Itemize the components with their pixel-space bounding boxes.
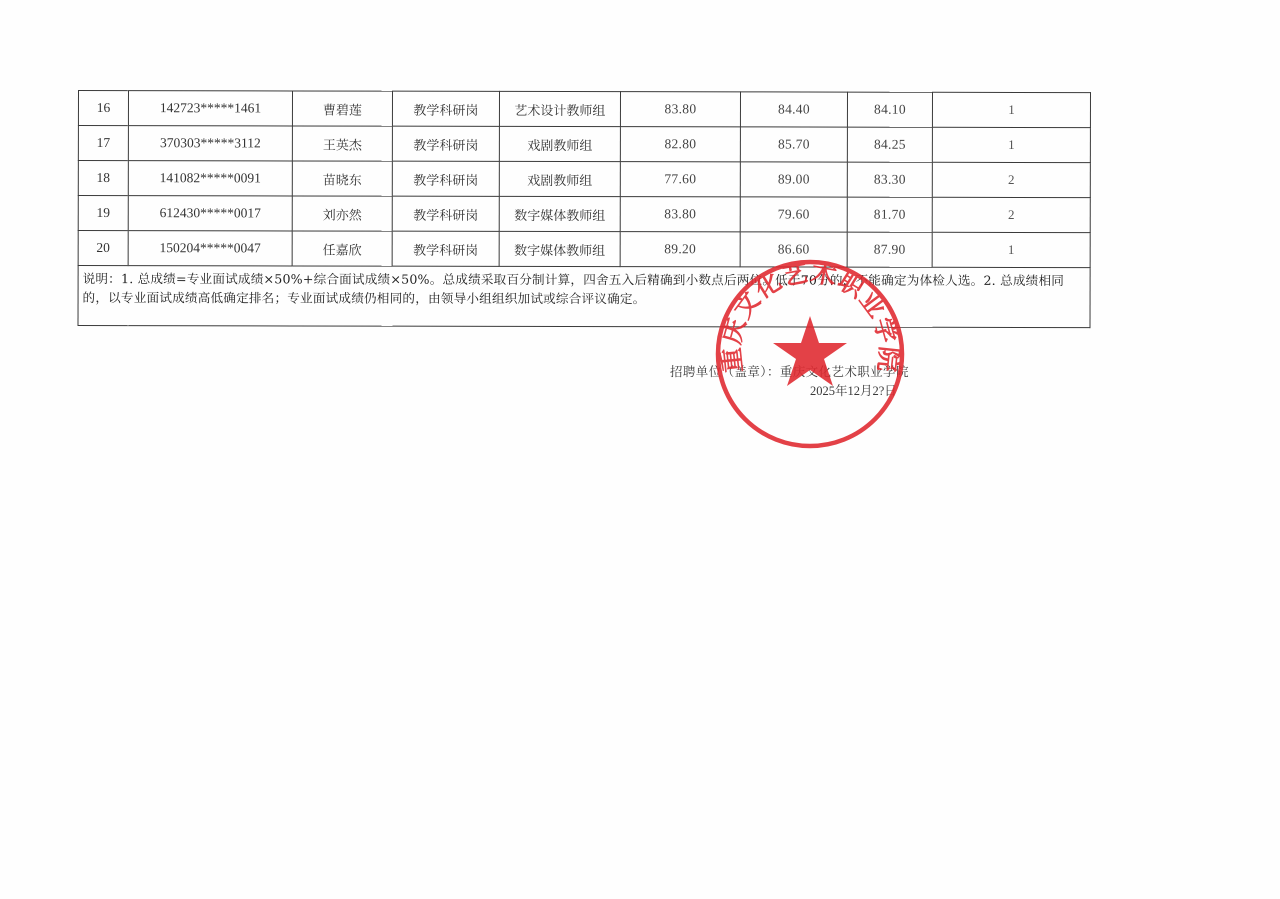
group-cell: 戏剧教师组 [499, 126, 620, 161]
group-cell: 戏剧教师组 [499, 161, 620, 196]
total-score-cell: 84.10 [847, 92, 932, 127]
professional-score-cell: 89.20 [620, 232, 740, 267]
id-number-cell: 150204*****0047 [128, 231, 292, 266]
position-cell: 教学科研岗 [392, 126, 499, 161]
id-number-cell: 142723*****1461 [128, 91, 292, 126]
id-number-cell: 612430*****0017 [128, 196, 292, 231]
group-cell: 数字媒体教师组 [499, 231, 620, 266]
professional-score-cell: 77.60 [620, 162, 740, 197]
rank-cell: 1 [932, 92, 1090, 127]
signature-date: 2025年12月2?日 [810, 381, 897, 399]
professional-score-cell: 83.80 [620, 197, 740, 232]
row-number-cell: 17 [78, 126, 128, 161]
rank-cell: 2 [932, 162, 1090, 197]
candidate-name-cell: 任嘉欣 [292, 231, 392, 266]
group-cell: 艺术设计教师组 [499, 91, 620, 126]
group-cell: 数字媒体教师组 [499, 196, 620, 231]
total-score-cell: 83.30 [847, 162, 932, 197]
comprehensive-score-cell: 89.00 [740, 162, 847, 197]
table-row: 17370303*****3112王英杰教学科研岗戏剧教师组82.8085.70… [78, 126, 1090, 163]
row-number-cell: 18 [78, 161, 128, 196]
candidate-name-cell: 王英杰 [292, 126, 392, 161]
professional-score-cell: 83.80 [620, 92, 740, 127]
rank-cell: 2 [932, 197, 1090, 232]
comprehensive-score-cell: 86.60 [740, 232, 847, 267]
total-score-cell: 81.70 [847, 197, 932, 232]
table-row: 19612430*****0017刘亦然教学科研岗数字媒体教师组83.8079.… [78, 196, 1090, 233]
professional-score-cell: 82.80 [620, 127, 740, 162]
position-cell: 教学科研岗 [392, 161, 499, 196]
candidate-name-cell: 曹碧莲 [292, 91, 392, 126]
candidate-name-cell: 刘亦然 [292, 196, 392, 231]
candidate-name-cell: 苗晓东 [292, 161, 392, 196]
position-cell: 教学科研岗 [392, 91, 499, 126]
total-score-cell: 84.25 [847, 127, 932, 162]
recruiting-unit-line: 招聘单位（盖章）：重庆文化艺术职业学院 [670, 362, 909, 380]
rank-cell: 1 [932, 232, 1090, 267]
table-row: 16142723*****1461曹碧莲教学科研岗艺术设计教师组83.8084.… [78, 91, 1090, 128]
table-body: 16142723*****1461曹碧莲教学科研岗艺术设计教师组83.8084.… [78, 91, 1090, 268]
comprehensive-score-cell: 79.60 [740, 197, 847, 232]
comprehensive-score-cell: 84.40 [740, 92, 847, 127]
id-number-cell: 141082*****0091 [128, 161, 292, 196]
document-page: 16142723*****1461曹碧莲教学科研岗艺术设计教师组83.8084.… [0, 0, 1280, 899]
total-score-cell: 87.90 [847, 232, 932, 267]
position-cell: 教学科研岗 [392, 231, 499, 266]
table-row: 18141082*****0091苗晓东教学科研岗戏剧教师组77.6089.00… [78, 161, 1090, 198]
note-row: 说明：1. 总成绩=专业面试成绩×50%+综合面试成绩×50%。总成绩采取百分制… [78, 266, 1090, 328]
position-cell: 教学科研岗 [392, 196, 499, 231]
rank-cell: 1 [932, 127, 1090, 162]
row-number-cell: 19 [78, 196, 128, 231]
results-table: 16142723*****1461曹碧莲教学科研岗艺术设计教师组83.8084.… [78, 90, 1091, 328]
row-number-cell: 20 [78, 231, 128, 266]
note-text: 说明：1. 总成绩=专业面试成绩×50%+综合面试成绩×50%。总成绩采取百分制… [78, 266, 1090, 328]
table-row: 20150204*****0047任嘉欣教学科研岗数字媒体教师组89.2086.… [78, 231, 1090, 268]
comprehensive-score-cell: 85.70 [740, 127, 847, 162]
row-number-cell: 16 [78, 91, 128, 126]
id-number-cell: 370303*****3112 [128, 126, 292, 161]
